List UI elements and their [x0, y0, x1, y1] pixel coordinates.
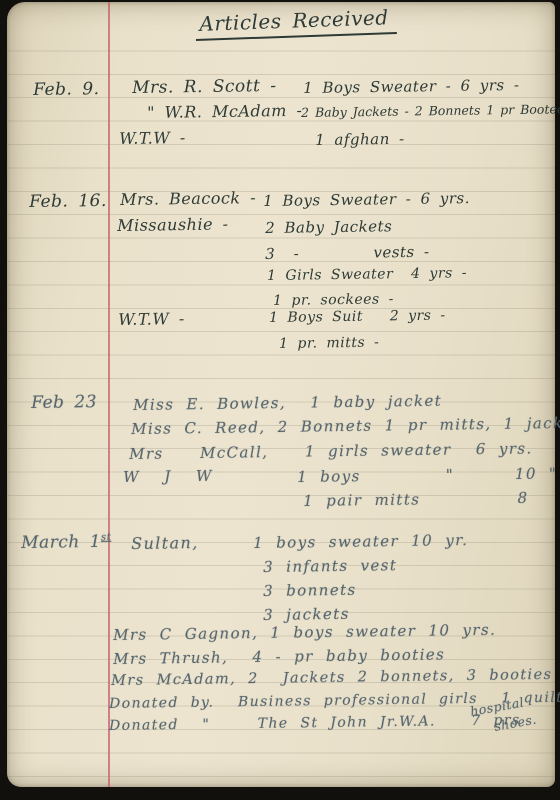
- scanned-ledger-photo: Articles Received Feb. 9. Mrs. R. Scott …: [0, 0, 560, 800]
- entry-name: " W.R. McAdam -: [147, 101, 303, 122]
- entry-date: Feb. 9.: [33, 79, 100, 100]
- entry-date: Feb. 16.: [29, 191, 107, 212]
- entry-item: 1 boys sweater 10 yr.: [253, 531, 468, 552]
- entry-item: 1 pr. sockees -: [273, 291, 394, 309]
- entry-item: 3 bonnets: [263, 581, 357, 600]
- entry-item: 2 Baby Jackets: [265, 217, 392, 237]
- entry-line: Miss E. Bowles, 1 baby jacket: [133, 392, 442, 414]
- entry-item: 1 pr. mitts -: [279, 335, 379, 352]
- entry-line: Mrs McAdam, 2 Jackets 2 bonnets, 3 booti…: [111, 667, 552, 689]
- notebook-page: Articles Received Feb. 9. Mrs. R. Scott …: [7, 2, 555, 787]
- entry-name: Sultan,: [131, 533, 199, 553]
- entry-item: 3 - vests -: [265, 243, 430, 263]
- entry-item: 1 afghan -: [315, 130, 405, 149]
- entry-line: Miss C. Reed, 2 Bonnets 1 pr mitts, 1 ja…: [131, 414, 560, 438]
- entry-date: March 1st: [21, 532, 111, 553]
- entry-name: Mrs. R. Scott -: [132, 76, 277, 98]
- entry-line: Donated " The St John Jr.W.A. 7 prs: [109, 712, 521, 734]
- entry-line: Mrs C Gagnon, 1 boys sweater 10 yrs.: [113, 621, 496, 644]
- page-title: Articles Received: [195, 5, 397, 41]
- entry-date-text: March 1: [21, 532, 101, 553]
- entry-item: 1 Boys Suit 2 yrs -: [269, 308, 446, 326]
- entry-line: 1 pair mitts 8 ": [303, 488, 560, 510]
- entry-line: 1 boys " 10 ": [297, 464, 557, 486]
- entry-date-suffix: st: [101, 532, 111, 543]
- entry-name: Missaushie -: [117, 214, 229, 235]
- margin-line: [108, 2, 110, 787]
- entry-item: 1 Boys Sweater - 6 yrs.: [263, 189, 470, 210]
- entry-item: 1 Girls Sweater 4 yrs -: [267, 265, 467, 284]
- entry-line: Mrs Thrush, 4 - pr baby booties: [113, 645, 445, 668]
- entry-date: Feb 23: [31, 392, 97, 413]
- entry-item: 2 Baby Jackets - 2 Bonnets 1 pr Bootee: [301, 101, 560, 120]
- entry-item: 1 Boys Sweater - 6 yrs -: [303, 76, 520, 97]
- entry-item: 3 infants vest: [263, 556, 397, 576]
- entry-name: W.T.W -: [119, 128, 186, 148]
- entry-name: Mrs. Beacock -: [120, 188, 256, 209]
- entry-line: W J W: [123, 467, 213, 486]
- entry-line: Mrs McCall, 1 girls sweater 6 yrs.: [129, 439, 533, 463]
- entry-name: W.T.W -: [118, 309, 185, 329]
- entry-item: 3 jackets: [263, 605, 350, 624]
